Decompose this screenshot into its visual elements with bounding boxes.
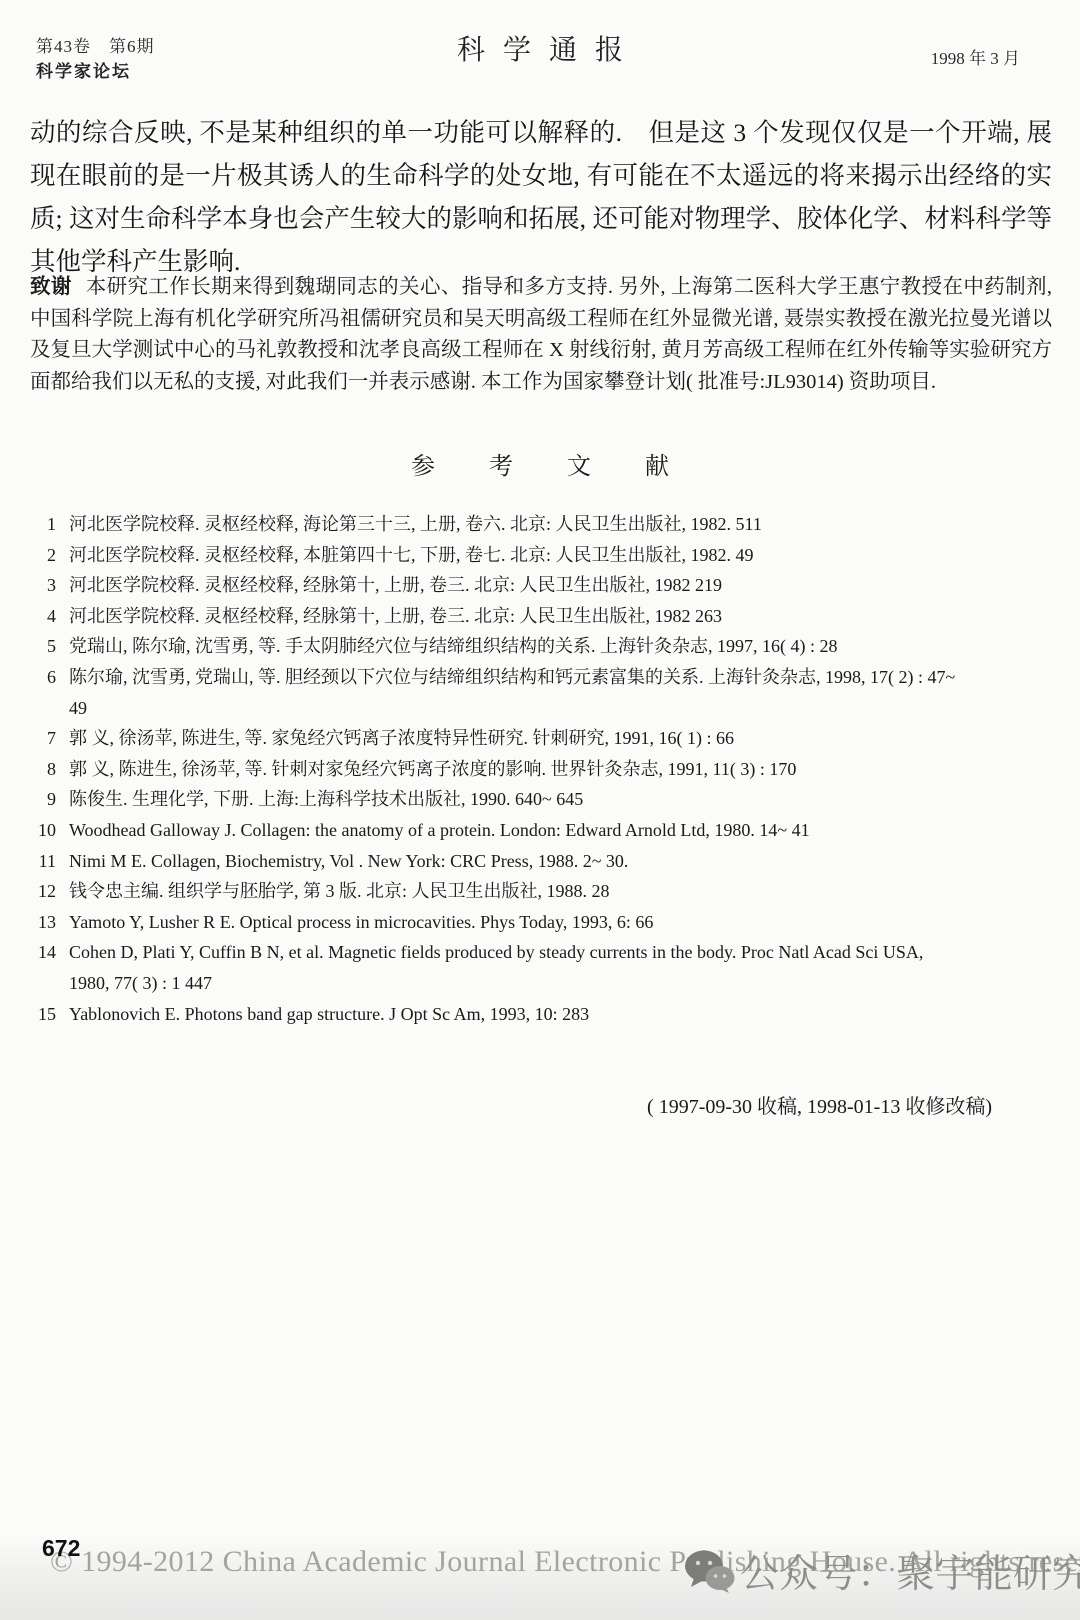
- reference-item: 3河北医学院校释. 灵枢经校释, 经脉第十, 上册, 卷三. 北京: 人民卫生出…: [28, 570, 1054, 601]
- reference-text-line2: 49: [69, 693, 1054, 724]
- journal-title: 科学通报: [0, 28, 1080, 68]
- reference-item: 11Nimi M E. Collagen, Biochemistry, Vol …: [28, 846, 1054, 877]
- reference-number: 12: [28, 876, 56, 907]
- reference-number: 3: [28, 570, 56, 601]
- journal-page: 第43卷 第6期 科学家论坛 科学通报 1998 年 3 月 动的综合反映, 不…: [0, 0, 1080, 1620]
- reference-item: 8郭 义, 陈进生, 徐汤苹, 等. 针刺对家兔经穴钙离子浓度的影响. 世界针灸…: [28, 754, 1054, 785]
- acknowledgement-label: 致谢: [30, 276, 72, 298]
- reference-text: 河北医学院校释. 灵枢经校释, 经脉第十, 上册, 卷三. 北京: 人民卫生出版…: [69, 570, 1054, 601]
- reference-text-line2: 1980, 77( 3) : 1 447: [69, 968, 1054, 999]
- reference-number: 7: [28, 723, 56, 754]
- references-heading: 参 考 文 献: [0, 446, 1080, 481]
- reference-text-line1: Cohen D, Plati Y, Cuffin B N, et al. Mag…: [69, 942, 923, 962]
- reference-text: 郭 义, 徐汤苹, 陈进生, 等. 家兔经穴钙离子浓度特异性研究. 针刺研究, …: [69, 723, 1054, 754]
- reference-item: 1河北医学院校释. 灵枢经校释, 海论第三十三, 上册, 卷六. 北京: 人民卫…: [28, 509, 1054, 540]
- reference-text: Yamoto Y, Lusher R E. Optical process in…: [69, 907, 1054, 938]
- reference-text: 河北医学院校释. 灵枢经校释, 经脉第十, 上册, 卷三. 北京: 人民卫生出版…: [69, 601, 1054, 632]
- reference-text: 陈尔瑜, 沈雪勇, 党瑞山, 等. 胆经颈以下穴位与结缔组织结构和钙元素富集的关…: [69, 662, 1054, 723]
- reference-item: 9陈俊生. 生理化学, 下册. 上海:上海科学技术出版社, 1990. 640~…: [28, 784, 1054, 815]
- reference-item: 10Woodhead Galloway J. Collagen: the ana…: [28, 815, 1054, 846]
- reference-text: 陈俊生. 生理化学, 下册. 上海:上海科学技术出版社, 1990. 640~ …: [69, 784, 1054, 815]
- reference-text: Cohen D, Plati Y, Cuffin B N, et al. Mag…: [69, 937, 1054, 998]
- watermark: 公众号：聚宇能研究院ww: [684, 1543, 1080, 1599]
- reference-item: 13Yamoto Y, Lusher R E. Optical process …: [28, 907, 1054, 938]
- page-number: 672: [42, 1535, 80, 1562]
- reference-item: 4河北医学院校释. 灵枢经校释, 经脉第十, 上册, 卷三. 北京: 人民卫生出…: [28, 601, 1054, 632]
- reference-number: 2: [28, 540, 56, 571]
- wechat-icon: [684, 1548, 736, 1594]
- reference-number: 15: [28, 999, 56, 1030]
- reference-text: 河北医学院校释. 灵枢经校释, 海论第三十三, 上册, 卷六. 北京: 人民卫生…: [69, 509, 1054, 540]
- reference-number: 11: [28, 846, 56, 877]
- reference-number: 14: [28, 937, 56, 998]
- reference-item: 5党瑞山, 陈尔瑜, 沈雪勇, 等. 手太阴肺经穴位与结缔组织结构的关系. 上海…: [28, 631, 1054, 662]
- reference-number: 9: [28, 784, 56, 815]
- reference-text: Nimi M E. Collagen, Biochemistry, Vol . …: [69, 846, 1054, 877]
- reference-text: 河北医学院校释. 灵枢经校释, 本脏第四十七, 下册, 卷七. 北京: 人民卫生…: [69, 540, 1054, 571]
- reference-text: 钱令忠主编. 组织学与胚胎学, 第 3 版. 北京: 人民卫生出版社, 1988…: [69, 876, 1054, 907]
- reference-number: 5: [28, 631, 56, 662]
- reference-text-line1: 陈尔瑜, 沈雪勇, 党瑞山, 等. 胆经颈以下穴位与结缔组织结构和钙元素富集的关…: [69, 667, 955, 687]
- reference-text: 党瑞山, 陈尔瑜, 沈雪勇, 等. 手太阴肺经穴位与结缔组织结构的关系. 上海针…: [69, 631, 1054, 662]
- body-paragraph: 动的综合反映, 不是某种组织的单一功能可以解释的. 但是这 3 个发现仅仅是一个…: [30, 111, 1052, 283]
- references-list: 1河北医学院校释. 灵枢经校释, 海论第三十三, 上册, 卷六. 北京: 人民卫…: [28, 509, 1054, 1029]
- watermark-text: 公众号：聚宇能研究院: [740, 1543, 1080, 1599]
- reference-number: 13: [28, 907, 56, 938]
- issue-date: 1998 年 3 月: [931, 44, 1020, 69]
- reference-item: 2河北医学院校释. 灵枢经校释, 本脏第四十七, 下册, 卷七. 北京: 人民卫…: [28, 540, 1054, 571]
- reference-number: 6: [28, 662, 56, 723]
- acknowledgement-text: 本研究工作长期来得到魏瑚同志的关心、指导和多方支持. 另外, 上海第二医科大学王…: [30, 276, 1052, 393]
- reference-item: 15Yablonovich E. Photons band gap struct…: [28, 999, 1054, 1030]
- reference-item: 14Cohen D, Plati Y, Cuffin B N, et al. M…: [28, 937, 1054, 998]
- reference-text: Yablonovich E. Photons band gap structur…: [69, 999, 1054, 1030]
- acknowledgement-paragraph: 致谢本研究工作长期来得到魏瑚同志的关心、指导和多方支持. 另外, 上海第二医科大…: [30, 272, 1052, 398]
- reference-item: 7郭 义, 徐汤苹, 陈进生, 等. 家兔经穴钙离子浓度特异性研究. 针刺研究,…: [28, 723, 1054, 754]
- received-dates: ( 1997-09-30 收稿, 1998-01-13 收修改稿): [647, 1090, 992, 1119]
- reference-item: 6陈尔瑜, 沈雪勇, 党瑞山, 等. 胆经颈以下穴位与结缔组织结构和钙元素富集的…: [28, 662, 1054, 723]
- reference-number: 8: [28, 754, 56, 785]
- reference-number: 4: [28, 601, 56, 632]
- reference-number: 10: [28, 815, 56, 846]
- reference-item: 12钱令忠主编. 组织学与胚胎学, 第 3 版. 北京: 人民卫生出版社, 19…: [28, 876, 1054, 907]
- reference-text: 郭 义, 陈进生, 徐汤苹, 等. 针刺对家兔经穴钙离子浓度的影响. 世界针灸杂…: [69, 754, 1054, 785]
- reference-text: Woodhead Galloway J. Collagen: the anato…: [69, 815, 1054, 846]
- reference-number: 1: [28, 509, 56, 540]
